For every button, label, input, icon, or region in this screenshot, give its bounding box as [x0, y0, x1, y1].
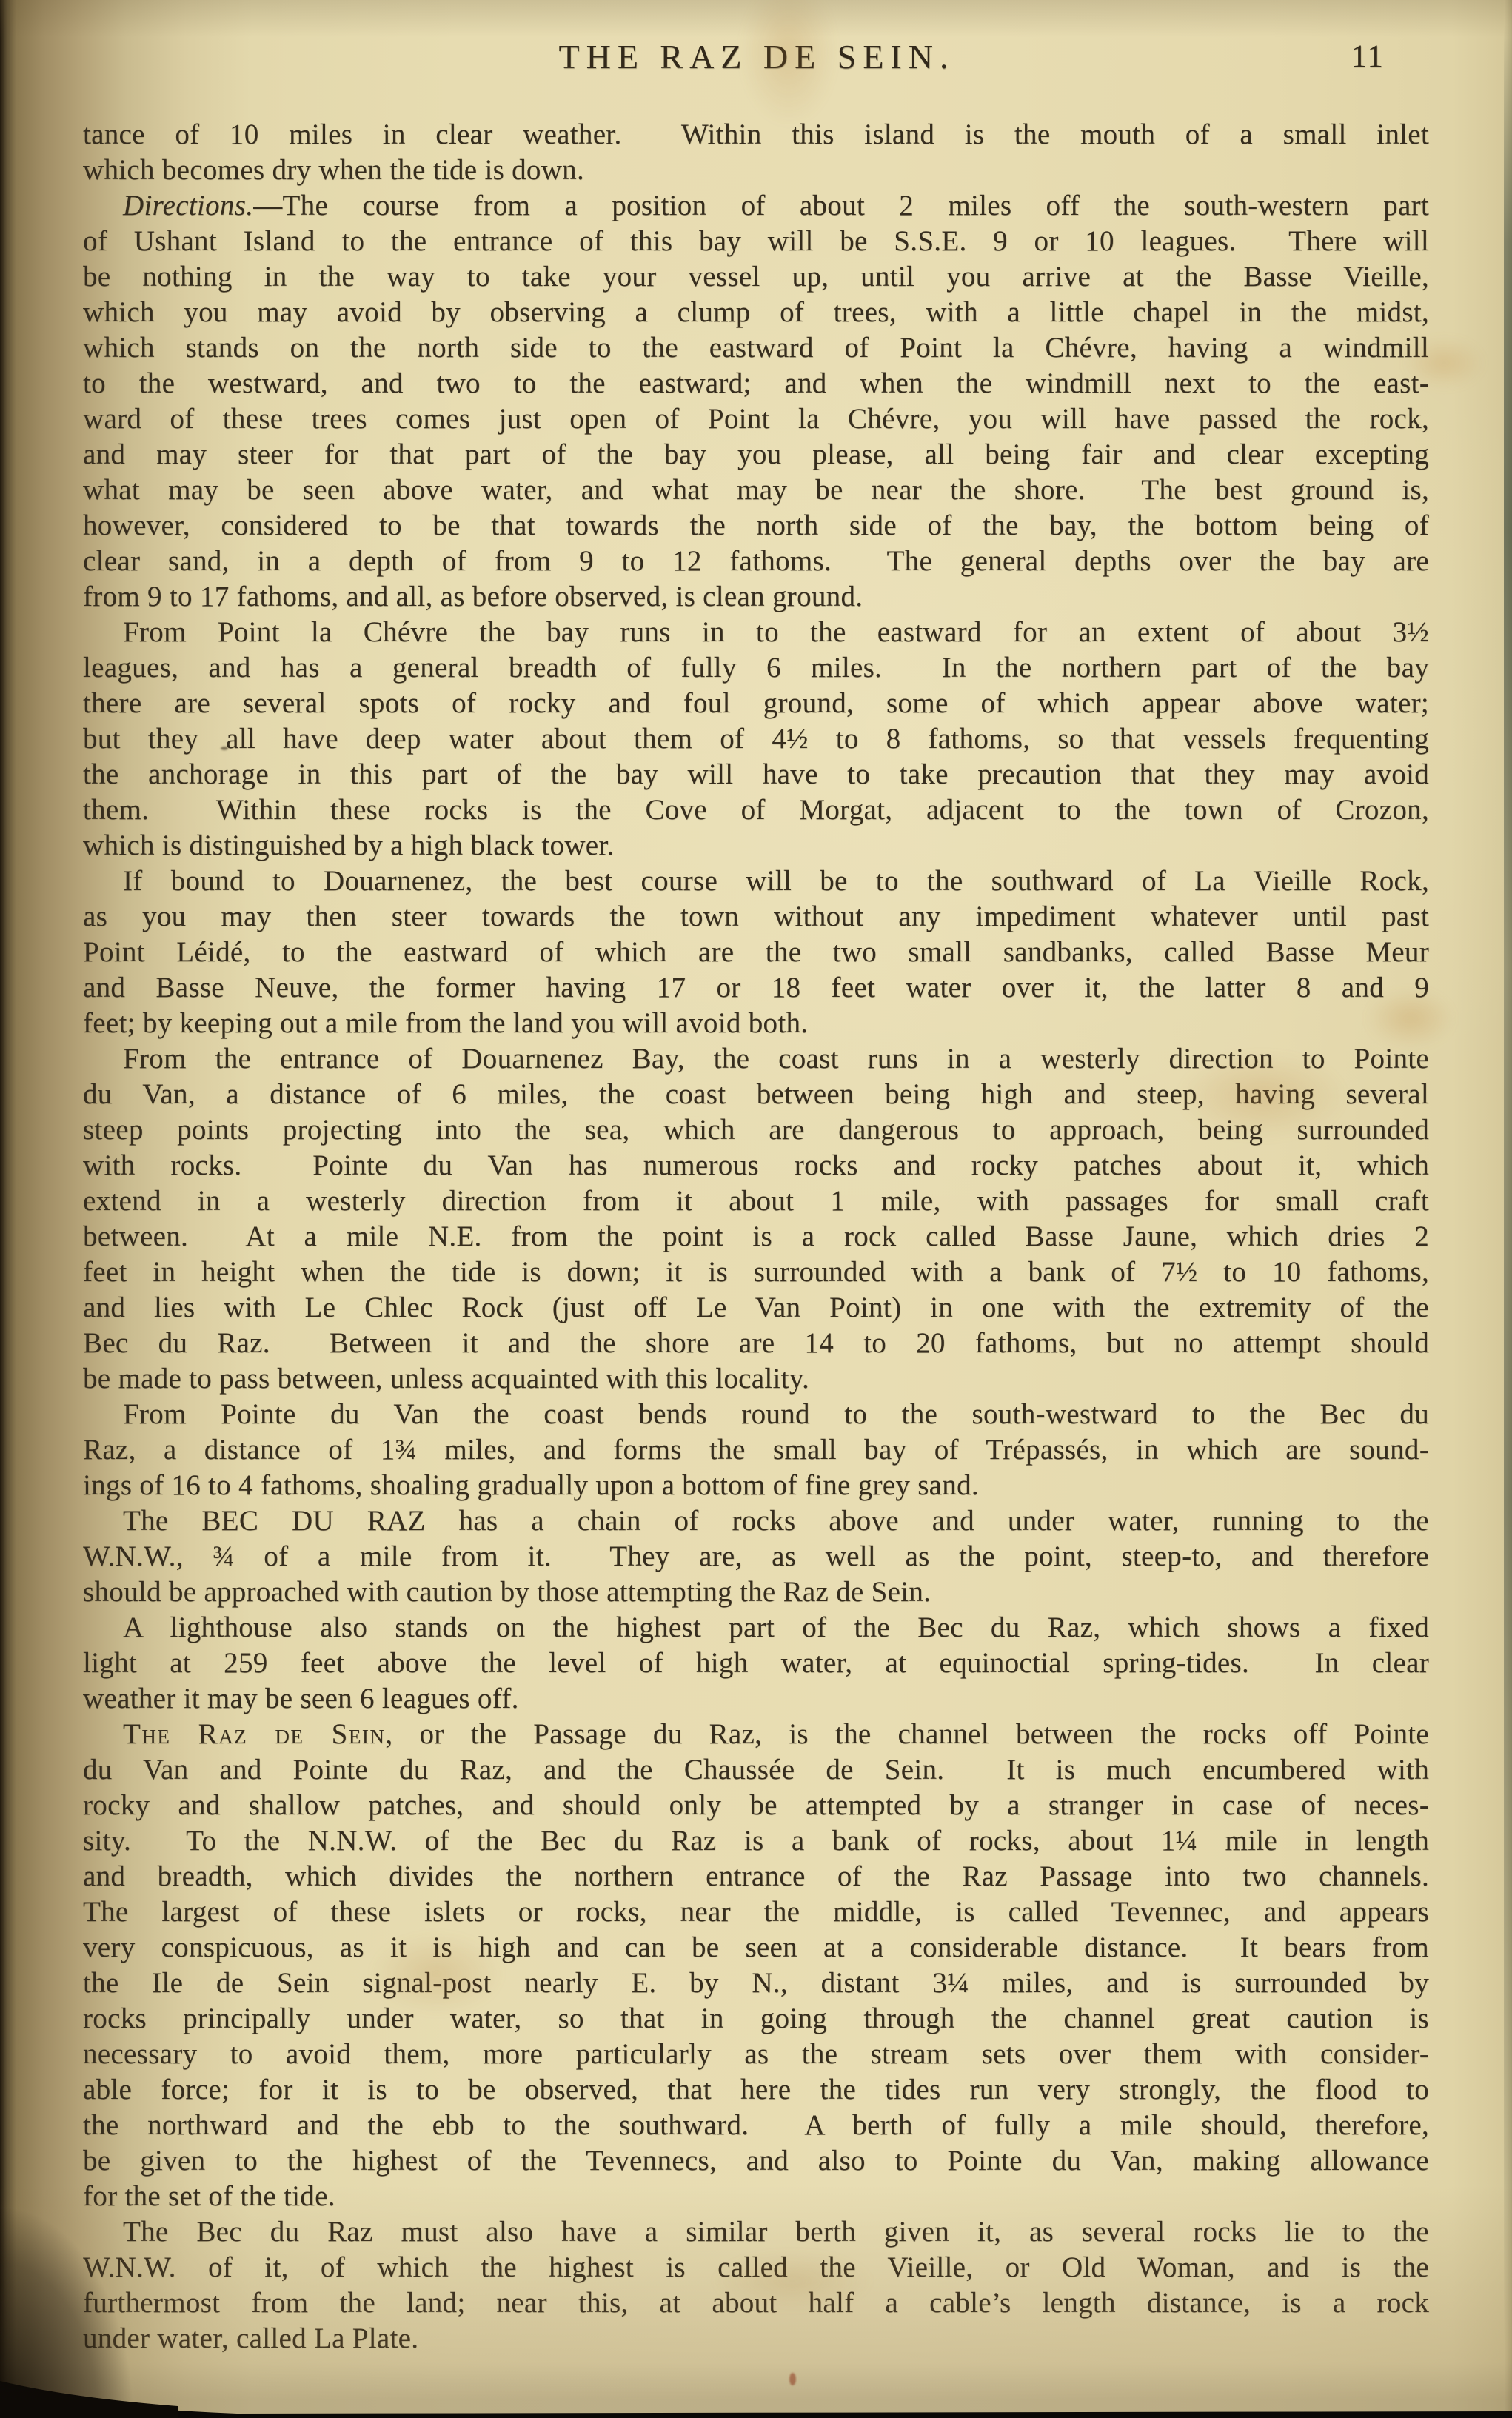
- text-line: which becomes dry when the tide is down.: [83, 153, 1429, 188]
- text-line: but they all have deep water about them …: [83, 721, 1429, 757]
- paragraph: Directions.—The course from a position o…: [83, 188, 1429, 615]
- text-line: able force; for it is to be observed, th…: [83, 2072, 1429, 2108]
- text-run: between. At a mile N.E. from the point i…: [83, 1220, 1429, 1252]
- text-run: them. Within these rocks is the Cove of …: [83, 794, 1429, 826]
- text-line: them. Within these rocks is the Cove of …: [83, 792, 1429, 828]
- text-line: there are several spots of rocky and fou…: [83, 686, 1429, 721]
- text-line: du Van, a distance of 6 miles, the coast…: [83, 1077, 1429, 1112]
- text-run: If bound to Douarnenez, the best course …: [123, 865, 1429, 897]
- text-line: rocks principally under water, so that i…: [83, 2001, 1429, 2037]
- text-line: The BEC DU RAZ has a chain of rocks abov…: [83, 1503, 1429, 1539]
- text-run: which is distinguished by a high black t…: [83, 829, 615, 861]
- paragraph: tance of 10 miles in clear weather. With…: [83, 117, 1429, 188]
- paragraph: A lighthouse also stands on the highest …: [83, 1610, 1429, 1717]
- text-run: necessary to avoid them, more particular…: [83, 2038, 1429, 2070]
- text-run: and breadth, which divides the northern …: [83, 1860, 1429, 1892]
- text-run: The largest of these islets or rocks, ne…: [83, 1896, 1429, 1928]
- screenshot-root: { "header": { "title": "THE RAZ DE SEIN.…: [0, 0, 1512, 2418]
- text-line: From the entrance of Douarnenez Bay, the…: [83, 1041, 1429, 1077]
- text-line: the anchorage in this part of the bay wi…: [83, 757, 1429, 792]
- text-run: weather it may be seen 6 leagues off.: [83, 1683, 519, 1714]
- text-run: The Bec du Raz must also have a similar …: [123, 2216, 1429, 2248]
- text-run: A lighthouse also stands on the highest …: [123, 1612, 1429, 1643]
- text-run: , or the Passage du Raz, is the channel …: [385, 1718, 1429, 1750]
- text-line: and Basse Neuve, the former having 17 or…: [83, 970, 1429, 1006]
- text-line: clear sand, in a depth of from 9 to 12 f…: [83, 544, 1429, 579]
- text-run: for the set of the tide.: [83, 2180, 335, 2212]
- text-line: du Van and Pointe du Raz, and the Chauss…: [83, 1752, 1429, 1788]
- text-line: rocky and shallow patches, and should on…: [83, 1788, 1429, 1823]
- text-line: tance of 10 miles in clear weather. With…: [83, 117, 1429, 153]
- text-line: should be approached with caution by tho…: [83, 1574, 1429, 1610]
- text-line: From Pointe du Van the coast bends round…: [83, 1397, 1429, 1432]
- text-line: The largest of these islets or rocks, ne…: [83, 1894, 1429, 1930]
- text-run: what may be seen above water, and what m…: [83, 474, 1429, 506]
- text-line: which is distinguished by a high black t…: [83, 828, 1429, 864]
- text-line: Directions.—The course from a position o…: [83, 188, 1429, 224]
- text-line: light at 259 feet above the level of hig…: [83, 1646, 1429, 1681]
- text-line: Raz, a distance of 1¾ miles, and forms t…: [83, 1432, 1429, 1468]
- text-line: leagues, and has a general breadth of fu…: [83, 650, 1429, 686]
- book-page: THE RAZ DE SEIN. 11 tance of 10 miles in…: [0, 0, 1512, 2418]
- text-run: from 9 to 17 fathoms, and all, as before…: [83, 581, 863, 612]
- text-line: W.N.W., ¾ of a mile from it. They are, a…: [83, 1539, 1429, 1574]
- text-line: steep points projecting into the sea, wh…: [83, 1112, 1429, 1148]
- text-run: From the entrance of Douarnenez Bay, the…: [123, 1043, 1429, 1075]
- text-run: furthermost from the land; near this, at…: [83, 2287, 1429, 2319]
- text-run: very conspicuous, as it is high and can …: [83, 1931, 1429, 1963]
- text-line: feet in height when the tide is down; it…: [83, 1255, 1429, 1290]
- text-line: and breadth, which divides the northern …: [83, 1859, 1429, 1894]
- text-line: the Ile de Sein signal-post nearly E. by…: [83, 1966, 1429, 2001]
- text-run: steep points projecting into the sea, wh…: [83, 1114, 1429, 1146]
- text-run: ings of 16 to 4 fathoms, shoaling gradua…: [83, 1469, 979, 1501]
- text-run: Bec du Raz. Between it and the shore are…: [83, 1327, 1429, 1359]
- text-run: rocky and shallow patches, and should on…: [83, 1789, 1429, 1821]
- text-run: light at 259 feet above the level of hig…: [83, 1647, 1429, 1679]
- page-title: THE RAZ DE SEIN.: [83, 37, 1431, 76]
- text-run: feet; by keeping out a mile from the lan…: [83, 1007, 808, 1039]
- text-line: Point Léidé, to the eastward of which ar…: [83, 935, 1429, 970]
- text-line: be made to pass between, unless acquaint…: [83, 1361, 1429, 1397]
- text-run: be nothing in the way to take your vesse…: [83, 261, 1429, 293]
- text-line: with rocks. Pointe du Van has numerous r…: [83, 1148, 1429, 1183]
- text-run: —The course from a position of about 2 m…: [253, 190, 1429, 221]
- text-line: however, considered to be that towards t…: [83, 508, 1429, 544]
- text-line: If bound to Douarnenez, the best course …: [83, 864, 1429, 899]
- page-header: THE RAZ DE SEIN. 11: [83, 37, 1431, 89]
- paragraph: From Point la Chévre the bay runs in to …: [83, 615, 1429, 864]
- text-run: with rocks. Pointe du Van has numerous r…: [83, 1149, 1429, 1181]
- text-run: of Ushant Island to the entrance of this…: [83, 225, 1429, 257]
- text-line: the northward and the ebb to the southwa…: [83, 2108, 1429, 2143]
- page-number: 11: [1351, 39, 1385, 75]
- text-line: necessary to avoid them, more particular…: [83, 2037, 1429, 2072]
- paragraph: If bound to Douarnenez, the best course …: [83, 864, 1429, 1041]
- text-line: sity. To the N.N.W. of the Bec du Raz is…: [83, 1823, 1429, 1859]
- text-run: there are several spots of rocky and fou…: [83, 687, 1429, 719]
- text-run: able force; for it is to be observed, th…: [83, 2074, 1429, 2105]
- text-line: and lies with Le Chlec Rock (just off Le…: [83, 1290, 1429, 1326]
- text-run: the Ile de Sein signal-post nearly E. by…: [83, 1967, 1429, 1999]
- text-line: The Raz de Sein, or the Passage du Raz, …: [83, 1717, 1429, 1752]
- text-line: ward of these trees comes just open of P…: [83, 401, 1429, 437]
- text-run: feet in height when the tide is down; it…: [83, 1256, 1429, 1288]
- text-line: from 9 to 17 fathoms, and all, as before…: [83, 579, 1429, 615]
- page-right-edge: [1504, 0, 1512, 2418]
- text-line: Bec du Raz. Between it and the shore are…: [83, 1326, 1429, 1361]
- text-line: between. At a mile N.E. from the point i…: [83, 1219, 1429, 1255]
- text-line: which you may avoid by observing a clump…: [83, 295, 1429, 330]
- text-line: very conspicuous, as it is high and can …: [83, 1930, 1429, 1966]
- paragraph: The Raz de Sein, or the Passage du Raz, …: [83, 1717, 1429, 2214]
- text-run: which stands on the north side to the ea…: [83, 332, 1429, 364]
- text-line: and may steer for that part of the bay y…: [83, 437, 1429, 472]
- text-run: be made to pass between, unless acquaint…: [83, 1363, 809, 1395]
- text-run: clear sand, in a depth of from 9 to 12 f…: [83, 545, 1429, 577]
- text-line: The Bec du Raz must also have a similar …: [83, 2214, 1429, 2250]
- text-line: of Ushant Island to the entrance of this…: [83, 224, 1429, 259]
- text-run: The BEC DU RAZ has a chain of rocks abov…: [123, 1505, 1429, 1537]
- text-block: tance of 10 miles in clear weather. With…: [83, 117, 1429, 2357]
- text-run: be given to the highest of the Tevennecs…: [83, 2145, 1429, 2177]
- text-run: From Pointe du Van the coast bends round…: [123, 1398, 1429, 1430]
- text-run: tance of 10 miles in clear weather. With…: [83, 118, 1429, 150]
- text-run: to the westward, and two to the eastward…: [83, 367, 1429, 399]
- text-line: A lighthouse also stands on the highest …: [83, 1610, 1429, 1646]
- text-run: the northward and the ebb to the southwa…: [83, 2109, 1429, 2141]
- text-line: furthermost from the land; near this, at…: [83, 2285, 1429, 2321]
- paragraph: From the entrance of Douarnenez Bay, the…: [83, 1041, 1429, 1397]
- text-line: as you may then steer towards the town w…: [83, 899, 1429, 935]
- text-run: Point Léidé, to the eastward of which ar…: [83, 936, 1429, 968]
- text-run: as you may then steer towards the town w…: [83, 901, 1429, 932]
- paragraph: The Bec du Raz must also have a similar …: [83, 2214, 1429, 2357]
- text-run: sity. To the N.N.W. of the Bec du Raz is…: [83, 1825, 1429, 1857]
- text-line: From Point la Chévre the bay runs in to …: [83, 615, 1429, 650]
- text-line: feet; by keeping out a mile from the lan…: [83, 1006, 1429, 1041]
- text-line: ings of 16 to 4 fathoms, shoaling gradua…: [83, 1468, 1429, 1503]
- text-run: leagues, and has a general breadth of fu…: [83, 652, 1429, 684]
- text-line: be given to the highest of the Tevennecs…: [83, 2143, 1429, 2179]
- text-run: but they all have deep water about them …: [83, 723, 1429, 755]
- paragraph: From Pointe du Van the coast bends round…: [83, 1397, 1429, 1503]
- text-run: and Basse Neuve, the former having 17 or…: [83, 972, 1429, 1003]
- text-run: From Point la Chévre the bay runs in to …: [123, 616, 1429, 648]
- text-line: under water, called La Plate.: [83, 2321, 1429, 2357]
- text-line: weather it may be seen 6 leagues off.: [83, 1681, 1429, 1717]
- paragraph: The BEC DU RAZ has a chain of rocks abov…: [83, 1503, 1429, 1610]
- text-line: for the set of the tide.: [83, 2179, 1429, 2214]
- text-run: ward of these trees comes just open of P…: [83, 403, 1429, 435]
- speck-red-bottom: [789, 2373, 796, 2385]
- text-run: W.N.W., ¾ of a mile from it. They are, a…: [83, 1540, 1429, 1572]
- text-run: W.N.W. of it, of which the highest is ca…: [83, 2251, 1429, 2283]
- text-run: du Van, a distance of 6 miles, the coast…: [83, 1078, 1429, 1110]
- text-run: however, considered to be that towards t…: [83, 510, 1429, 541]
- text-run: rocks principally under water, so that i…: [83, 2003, 1429, 2034]
- text-run: Raz, a distance of 1¾ miles, and forms t…: [83, 1434, 1429, 1466]
- text-run: du Van and Pointe du Raz, and the Chauss…: [83, 1754, 1429, 1786]
- text-line: W.N.W. of it, of which the highest is ca…: [83, 2250, 1429, 2285]
- text-line: extend in a westerly direction from it a…: [83, 1183, 1429, 1219]
- text-line: to the westward, and two to the eastward…: [83, 366, 1429, 401]
- text-line: which stands on the north side to the ea…: [83, 330, 1429, 366]
- text-line: what may be seen above water, and what m…: [83, 472, 1429, 508]
- text-run: which you may avoid by observing a clump…: [83, 296, 1429, 328]
- text-run-italic: Directions.: [123, 190, 253, 221]
- text-run: extend in a westerly direction from it a…: [83, 1185, 1429, 1217]
- text-line: be nothing in the way to take your vesse…: [83, 259, 1429, 295]
- text-run: and lies with Le Chlec Rock (just off Le…: [83, 1292, 1429, 1323]
- text-run: and may steer for that part of the bay y…: [83, 438, 1429, 470]
- text-run-smallcaps: The Raz de Sein: [123, 1718, 385, 1750]
- text-run: which becomes dry when the tide is down.: [83, 154, 584, 186]
- text-run: should be approached with caution by tho…: [83, 1576, 931, 1608]
- text-run: the anchorage in this part of the bay wi…: [83, 758, 1429, 790]
- text-run: under water, called La Plate.: [83, 2322, 418, 2354]
